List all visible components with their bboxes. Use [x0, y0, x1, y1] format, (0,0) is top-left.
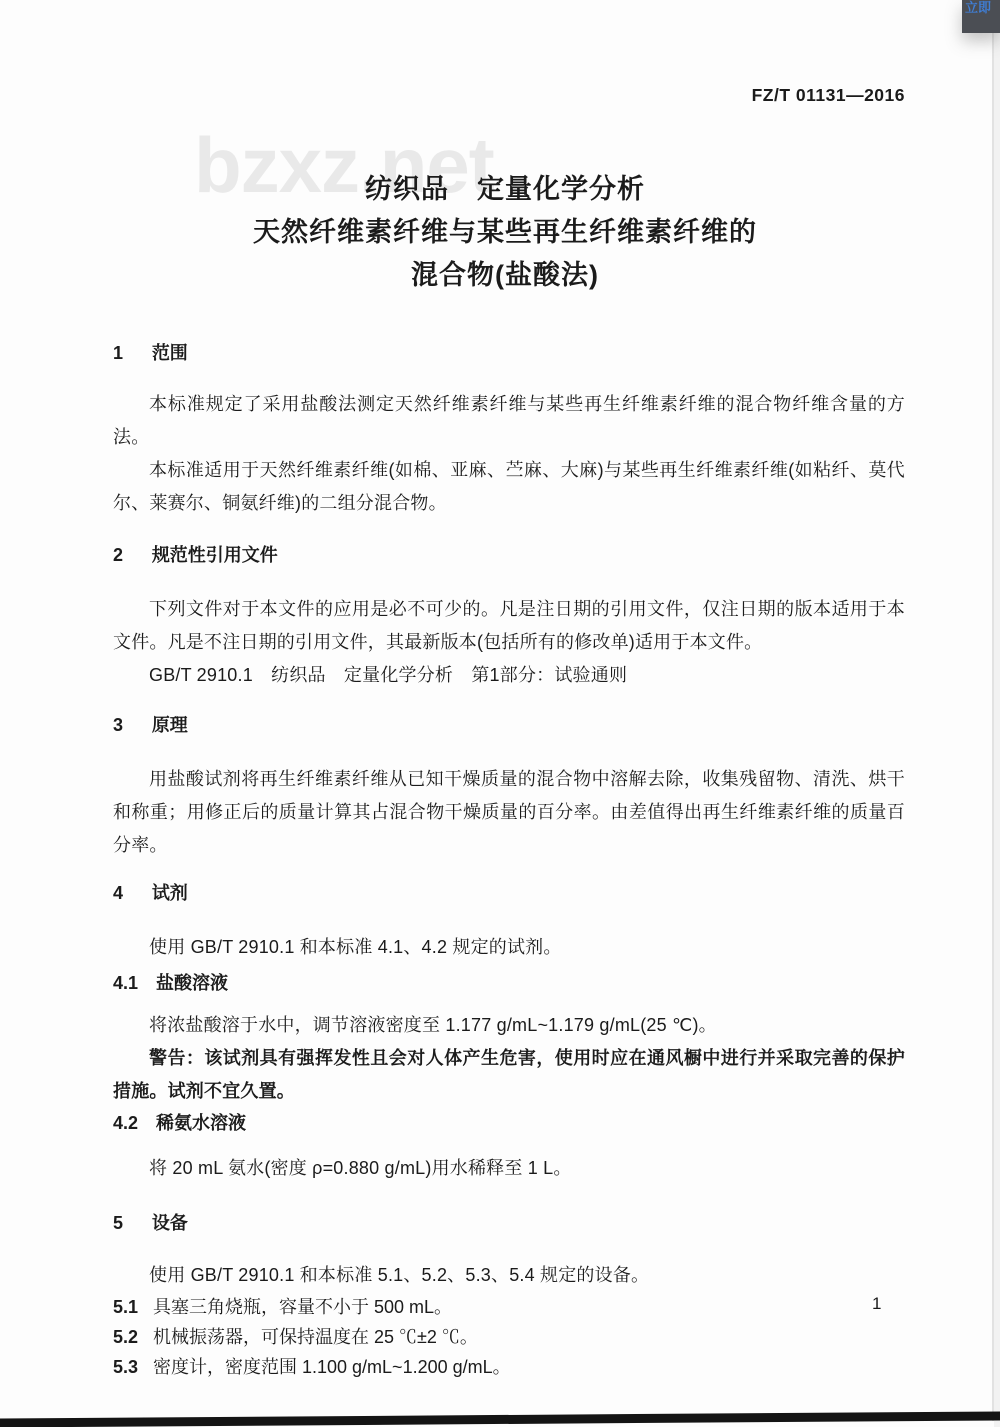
section-4-title: 试剂 [152, 883, 188, 903]
section-1-title: 范围 [152, 343, 188, 363]
section-5-heading: 5设备 [113, 1211, 905, 1235]
section-5-number: 5 [113, 1211, 123, 1235]
section-4-1-title: 盐酸溶液 [156, 973, 228, 993]
scan-edge-line [992, 30, 994, 1421]
section-3-paragraph-1: 用盐酸试剂将再生纤维素纤维从已知干燥质量的混合物中溶解去除，收集残留物、清洗、烘… [113, 763, 905, 862]
section-2-reference: GB/T 2910.1 纺织品 定量化学分析 第1部分：试验通则 [113, 659, 905, 692]
section-3-number: 3 [113, 713, 123, 737]
title-line-2: 天然纤维素纤维与某些再生纤维素纤维的 [100, 211, 910, 254]
equipment-item-number: 5.3 [113, 1352, 153, 1382]
equipment-item: 5.1 具塞三角烧瓶，容量不小于 500 mL。 [113, 1292, 905, 1322]
section-4-paragraph-1: 使用 GB/T 2910.1 和本标准 4.1、4.2 规定的试剂。 [113, 931, 905, 964]
section-3-heading: 3原理 [113, 713, 905, 737]
section-4-1-number: 4.1 [113, 971, 138, 995]
document-title: 纺织品 定量化学分析 天然纤维素纤维与某些再生纤维素纤维的 混合物(盐酸法) [100, 168, 910, 297]
scan-edge-strip [994, 30, 1000, 1427]
equipment-item-text: 具塞三角烧瓶，容量不小于 500 mL。 [153, 1292, 905, 1322]
scan-bottom-edge [0, 1411, 1000, 1427]
section-1-heading: 1范围 [113, 341, 905, 365]
equipment-item-text: 密度计，密度范围 1.100 g/mL~1.200 g/mL。 [153, 1352, 905, 1382]
section-1-paragraph-2: 本标准适用于天然纤维素纤维(如棉、亚麻、苎麻、大麻)与某些再生纤维素纤维(如粘纤… [113, 454, 905, 520]
equipment-item-number: 5.2 [113, 1322, 153, 1352]
equipment-item: 5.2 机械振荡器，可保持温度在 25 ℃±2 ℃。 [113, 1322, 905, 1352]
section-5-title: 设备 [152, 1213, 188, 1233]
section-4-1-paragraph-1: 将浓盐酸溶于水中，调节溶液密度至 1.177 g/mL~1.179 g/mL(2… [113, 1009, 905, 1042]
standard-code: FZ/T 01131—2016 [752, 85, 905, 106]
section-5-paragraph-1: 使用 GB/T 2910.1 和本标准 5.1、5.2、5.3、5.4 规定的设… [113, 1259, 905, 1292]
section-3-title: 原理 [152, 715, 188, 735]
section-4-2-title: 稀氨水溶液 [156, 1113, 246, 1133]
section-4-number: 4 [113, 881, 123, 905]
section-4-2-heading: 4.2稀氨水溶液 [113, 1111, 905, 1135]
section-4-2-number: 4.2 [113, 1111, 138, 1135]
section-4-1-warning: 警告：该试剂具有强挥发性且会对人体产生危害，使用时应在通风橱中进行并采取完善的保… [113, 1042, 905, 1108]
download-overlay-button[interactable]: 立即 [962, 0, 1000, 33]
section-4-2-paragraph-1: 将 20 mL 氨水(密度 ρ=0.880 g/mL)用水稀释至 1 L。 [113, 1152, 905, 1185]
section-1-paragraph-1: 本标准规定了采用盐酸法测定天然纤维素纤维与某些再生纤维素纤维的混合物纤维含量的方… [113, 388, 905, 454]
section-1-number: 1 [113, 341, 123, 365]
document-body: 1范围 本标准规定了采用盐酸法测定天然纤维素纤维与某些再生纤维素纤维的混合物纤维… [113, 338, 905, 1382]
download-overlay-label: 立即 [965, 0, 991, 16]
section-2-title: 规范性引用文件 [152, 545, 278, 565]
equipment-item: 5.3 密度计，密度范围 1.100 g/mL~1.200 g/mL。 [113, 1352, 905, 1382]
section-2-heading: 2规范性引用文件 [113, 543, 905, 567]
equipment-item-text: 机械振荡器，可保持温度在 25 ℃±2 ℃。 [153, 1322, 905, 1352]
title-line-3: 混合物(盐酸法) [100, 254, 910, 297]
section-4-heading: 4试剂 [113, 881, 905, 905]
page-number: 1 [872, 1294, 881, 1314]
equipment-item-number: 5.1 [113, 1292, 153, 1322]
title-line-1: 纺织品 定量化学分析 [100, 168, 910, 211]
section-2-number: 2 [113, 543, 123, 567]
section-4-1-heading: 4.1盐酸溶液 [113, 971, 905, 995]
document-page: bzxz.net FZ/T 01131—2016 纺织品 定量化学分析 天然纤维… [0, 0, 1000, 1427]
section-2-paragraph-1: 下列文件对于本文件的应用是必不可少的。凡是注日期的引用文件，仅注日期的版本适用于… [113, 593, 905, 659]
